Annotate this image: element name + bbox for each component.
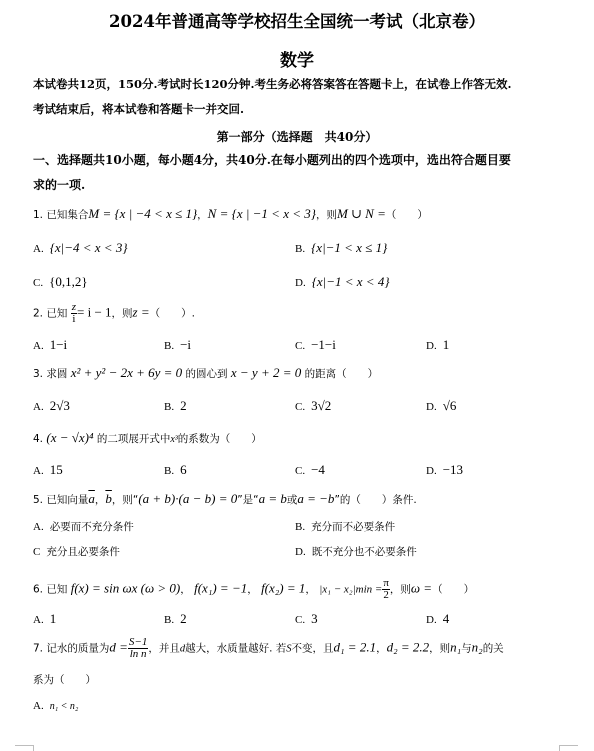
question-3-option-c: C.3√2	[295, 398, 331, 414]
question-6-stem: 6. 已知 f(x) = sin ωx (ω > 0)， f(x₁) = −1，…	[33, 578, 474, 601]
question-5-option-b: B.充分而不必要条件	[295, 519, 395, 534]
question-7-option-a: A.n₁ < n₂	[33, 700, 78, 712]
fraction-s-minus-1-over-ln-n: S−1ln n	[128, 637, 148, 660]
notice-line-2: 考试结束后，将本试卷和答题卡一并交回.	[33, 101, 244, 117]
subject-title: 数学	[0, 46, 594, 71]
question-5-option-d: D.既不充分也不必要条件	[295, 544, 417, 559]
question-1-option-d: D.{x|−1 < x < 4}	[295, 274, 390, 290]
fraction-pi-over-2: π2	[382, 578, 390, 601]
question-5-option-a: A.必要而不充分条件	[33, 519, 134, 534]
question-3-stem: 3. 求圆 x² + y² − 2x + 6y = 0 的圆心到 x − y +…	[33, 365, 378, 381]
question-7-stem-line-1: 7. 记水的质量为d =S−1ln n，并且d越大，水质量越好. 若S不变，且d…	[33, 637, 504, 660]
question-5-option-c: C充分且必要条件	[33, 544, 120, 559]
notice-line-1: 本试卷共12页，150分.考试时长120分钟.考生务必将答案答在答题卡上，在试卷…	[33, 76, 512, 92]
question-3-option-b: B.2	[164, 398, 187, 414]
part-title: 第一部分（选择题 共40分）	[0, 128, 594, 145]
question-3-option-d: D.√6	[426, 398, 456, 414]
question-3-option-a: A.2√3	[33, 398, 70, 414]
question-1-option-b: B.{x|−1 < x ≤ 1}	[295, 240, 387, 256]
question-4-option-a: A.15	[33, 462, 63, 478]
question-2-option-c: C.−1−i	[295, 337, 336, 353]
question-4-option-b: B.6	[164, 462, 187, 478]
question-2-option-a: A.1−i	[33, 337, 67, 353]
question-7-stem-line-2: 系为（ ）	[33, 672, 96, 687]
question-1-stem: 1. 已知集合M = {x | −4 < x ≤ 1}，N = {x | −1 …	[33, 206, 428, 222]
question-1-option-c: C.{0,1,2}	[33, 274, 88, 290]
question-6-option-a: A.1	[33, 611, 56, 627]
question-2-option-b: B.−i	[164, 337, 191, 353]
question-4-stem: 4. (x − √x)⁴ 的二项展开式中x³的系数为（ ）	[33, 430, 262, 446]
question-6-option-c: C.3	[295, 611, 318, 627]
exam-title: 2024年普通高等学校招生全国统一考试（北京卷）	[0, 8, 594, 32]
page-corner-mark-right	[559, 745, 578, 751]
question-4-option-c: C.−4	[295, 462, 325, 478]
section-instruction-line-2: 求的一项.	[33, 176, 85, 193]
question-5-stem: 5. 已知向量a，b，则“(a + b)·(a − b) = 0”是“a = b…	[33, 491, 417, 507]
question-4-option-d: D.−13	[426, 462, 463, 478]
question-6-option-d: D.4	[426, 611, 449, 627]
section-instruction-line-1: 一、选择题共10小题，每小题4分，共40分.在每小题列出的四个选项中，选出符合题…	[33, 151, 511, 168]
page-corner-mark-left	[15, 745, 34, 751]
question-2-option-d: D.1	[426, 337, 449, 353]
question-2-stem: 2. 已知 zi= i − 1，则z =（ ）.	[33, 302, 195, 325]
question-6-option-b: B.2	[164, 611, 187, 627]
question-1-option-a: A.{x|−4 < x < 3}	[33, 240, 128, 256]
